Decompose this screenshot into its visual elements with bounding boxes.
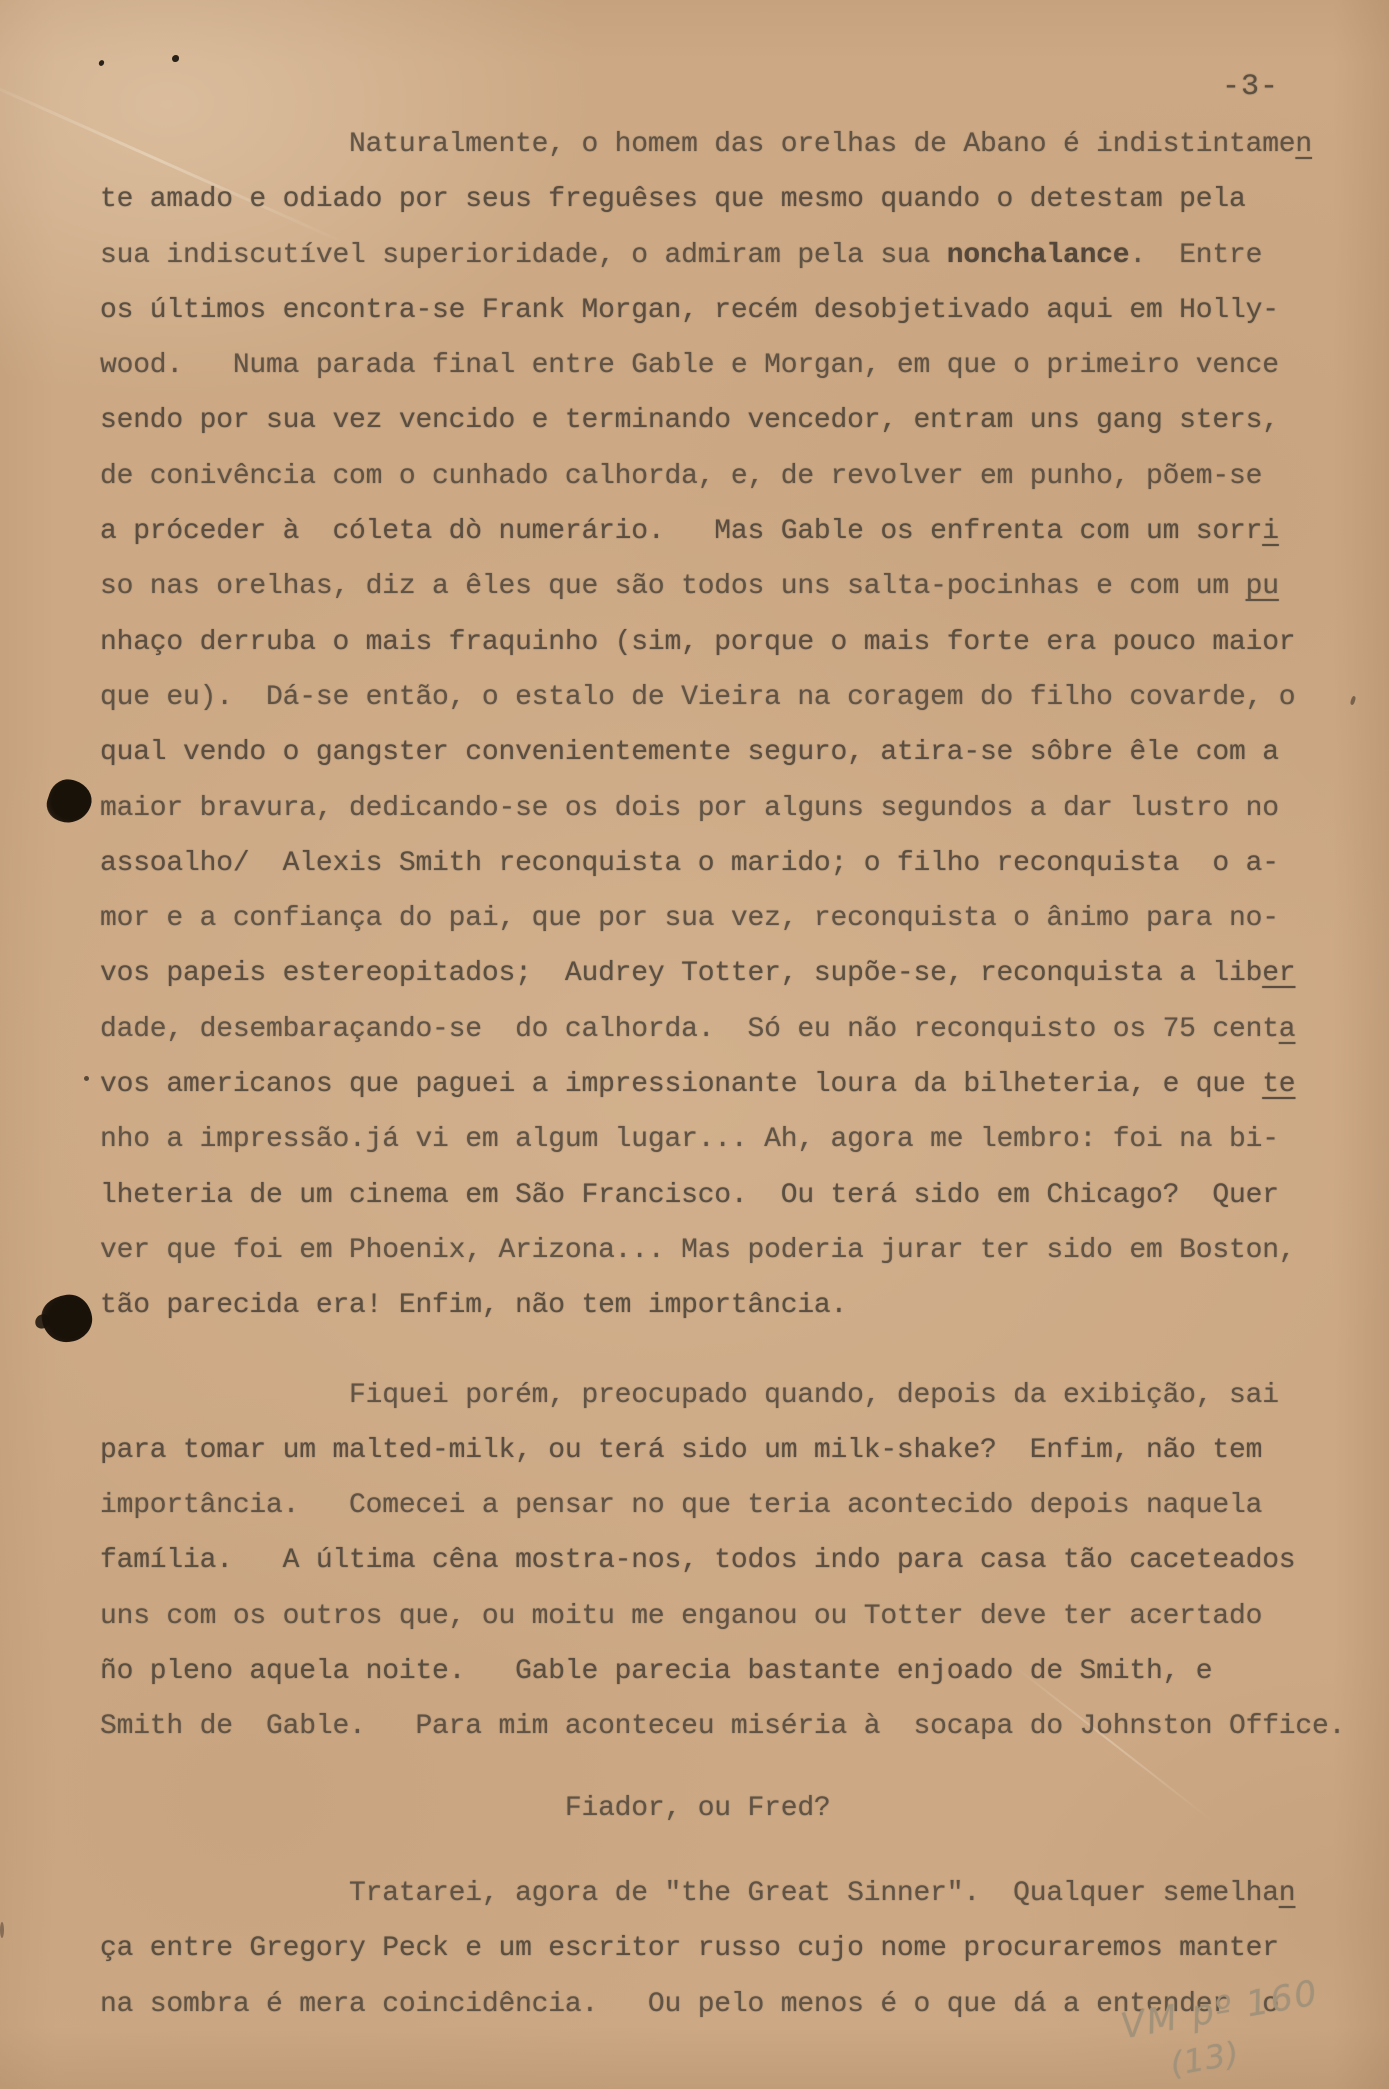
- text-segment: na sombra é mera coincidência. Ou pelo m…: [100, 1989, 1279, 2020]
- text-line: dade, desembaraçando-se do calhorda. Só …: [100, 1002, 1340, 1057]
- text-line: para tomar um malted-milk, ou terá sido …: [100, 1423, 1340, 1478]
- pencil-mark: [0, 1922, 4, 1938]
- text-line: a próceder à cóleta dò numerário. Mas Ga…: [100, 504, 1340, 559]
- text-segment: mor e a confiança do pai, que por sua ve…: [100, 903, 1279, 934]
- text-segment: Smith de Gable. Para mim aconteceu misér…: [100, 1711, 1345, 1742]
- text-line: ça entre Gregory Peck e um escritor russ…: [100, 1921, 1340, 1976]
- continuation-underline: n: [1279, 1878, 1296, 1909]
- text-segment: sua indiscutível superioridade, o admira…: [100, 240, 947, 271]
- ink-speck: [1350, 696, 1357, 706]
- continuation-underline: te: [1262, 1069, 1295, 1100]
- text-line: Naturalmente, o homem das orelhas de Aba…: [100, 117, 1340, 172]
- text-line: mor e a confiança do pai, que por sua ve…: [100, 891, 1340, 946]
- text-segment: ver que foi em Phoenix, Arizona... Mas p…: [100, 1235, 1295, 1266]
- continuation-underline: i: [1262, 516, 1279, 547]
- continuation-underline: n: [1295, 129, 1312, 160]
- text-segment: qual vendo o gangster convenientemente s…: [100, 737, 1279, 768]
- text-line: ver que foi em Phoenix, Arizona... Mas p…: [100, 1223, 1340, 1278]
- text-line: ño pleno aquela noite. Gable parecia bas…: [100, 1644, 1340, 1699]
- text-line: nho a impressão.já vi em algum lugar... …: [100, 1112, 1340, 1167]
- text-segment: tão parecida era! Enfim, não tem importâ…: [100, 1290, 847, 1321]
- text-segment: uns com os outros que, ou moitu me engan…: [100, 1601, 1262, 1632]
- emphasized-word: nonchalance: [947, 240, 1130, 271]
- text-segment: sendo por sua vez vencido e terminando v…: [100, 405, 1279, 436]
- paragraph: Naturalmente, o homem das orelhas de Aba…: [100, 117, 1340, 1334]
- text-segment: Tratarei, agora de "the Great Sinner". Q…: [100, 1878, 1279, 1909]
- text-line: tão parecida era! Enfim, não tem importâ…: [100, 1278, 1340, 1333]
- text-line: qual vendo o gangster convenientemente s…: [100, 725, 1340, 780]
- text-segment: vos papeis estereopitados; Audrey Totter…: [100, 958, 1262, 989]
- typewritten-document-page: -3- Naturalmente, o homem das orelhas de…: [0, 0, 1389, 2089]
- text-segment: a próceder à cóleta dò numerário. Mas Ga…: [100, 516, 1262, 547]
- text-line: vos americanos que paguei a impressionan…: [100, 1057, 1340, 1112]
- text-segment: assoalho/ Alexis Smith reconquista o mar…: [100, 848, 1279, 879]
- text-line: vos papeis estereopitados; Audrey Totter…: [100, 946, 1340, 1001]
- text-line: sua indiscutível superioridade, o admira…: [100, 228, 1340, 283]
- text-segment: dade, desembaraçando-se do calhorda. Só …: [100, 1014, 1279, 1045]
- text-line: família. A última cêna mostra-nos, todos…: [100, 1533, 1340, 1588]
- text-line: te amado e odiado por seus freguêses que…: [100, 172, 1340, 227]
- ink-blob: [39, 1292, 95, 1346]
- text-line: os últimos encontra-se Frank Morgan, rec…: [100, 283, 1340, 338]
- text-line: so nas orelhas, diz a êles que são todos…: [100, 559, 1340, 614]
- text-segment: família. A última cêna mostra-nos, todos…: [100, 1545, 1295, 1576]
- ink-blob: [42, 774, 96, 828]
- page-number: -3-: [1222, 70, 1279, 104]
- text-segment: maior bravura, dedicando-se os dois por …: [100, 793, 1279, 824]
- text-segment: wood. Numa parada final entre Gable e Mo…: [100, 350, 1279, 381]
- text-segment: Fiador, ou Fred?: [100, 1793, 831, 1824]
- text-line: sendo por sua vez vencido e terminando v…: [100, 393, 1340, 448]
- text-segment: ça entre Gregory Peck e um escritor russ…: [100, 1933, 1279, 1964]
- text-segment: que eu). Dá-se então, o estalo de Vieira…: [100, 682, 1295, 713]
- ink-speck: [84, 1076, 89, 1081]
- text-segment: ño pleno aquela noite. Gable parecia bas…: [100, 1656, 1212, 1687]
- text-line: uns com os outros que, ou moitu me engan…: [100, 1589, 1340, 1644]
- text-line: Smith de Gable. Para mim aconteceu misér…: [100, 1699, 1340, 1754]
- continuation-underline: er: [1262, 958, 1295, 989]
- text-line: wood. Numa parada final entre Gable e Mo…: [100, 338, 1340, 393]
- text-line: Fiador, ou Fred?: [100, 1781, 1340, 1836]
- text-segment: Naturalmente, o homem das orelhas de Aba…: [100, 129, 1295, 160]
- text-line: assoalho/ Alexis Smith reconquista o mar…: [100, 836, 1340, 891]
- text-line: nhaço derruba o mais fraquinho (sim, por…: [100, 615, 1340, 670]
- continuation-underline: pu: [1246, 571, 1279, 602]
- text-segment: importância. Comecei a pensar no que ter…: [100, 1490, 1262, 1521]
- text-line: maior bravura, dedicando-se os dois por …: [100, 781, 1340, 836]
- text-segment: os últimos encontra-se Frank Morgan, rec…: [100, 295, 1279, 326]
- paragraph: Fiquei porém, preocupado quando, depois …: [100, 1368, 1340, 1755]
- text-line: de conivência com o cunhado calhorda, e,…: [100, 449, 1340, 504]
- text-segment: . Entre: [1129, 240, 1262, 271]
- section-heading: Fiador, ou Fred?: [100, 1781, 1340, 1836]
- text-line: Tratarei, agora de "the Great Sinner". Q…: [100, 1866, 1340, 1921]
- text-segment: nhaço derruba o mais fraquinho (sim, por…: [100, 627, 1295, 658]
- continuation-underline: a: [1279, 1014, 1296, 1045]
- text-segment: de conivência com o cunhado calhorda, e,…: [100, 461, 1262, 492]
- text-line: lheteria de um cinema em São Francisco. …: [100, 1168, 1340, 1223]
- ink-speck: [98, 59, 105, 67]
- text-segment: te amado e odiado por seus freguêses que…: [100, 184, 1246, 215]
- text-line: que eu). Dá-se então, o estalo de Vieira…: [100, 670, 1340, 725]
- ink-speck: [172, 55, 179, 62]
- text-segment: para tomar um malted-milk, ou terá sido …: [100, 1435, 1262, 1466]
- text-segment: lheteria de um cinema em São Francisco. …: [100, 1180, 1279, 1211]
- typewritten-text: Naturalmente, o homem das orelhas de Aba…: [100, 117, 1340, 2032]
- text-line: importância. Comecei a pensar no que ter…: [100, 1478, 1340, 1533]
- text-segment: Fiquei porém, preocupado quando, depois …: [100, 1380, 1279, 1411]
- text-segment: so nas orelhas, diz a êles que são todos…: [100, 571, 1246, 602]
- text-segment: vos americanos que paguei a impressionan…: [100, 1069, 1262, 1100]
- text-segment: nho a impressão.já vi em algum lugar... …: [100, 1124, 1279, 1155]
- text-line: Fiquei porém, preocupado quando, depois …: [100, 1368, 1340, 1423]
